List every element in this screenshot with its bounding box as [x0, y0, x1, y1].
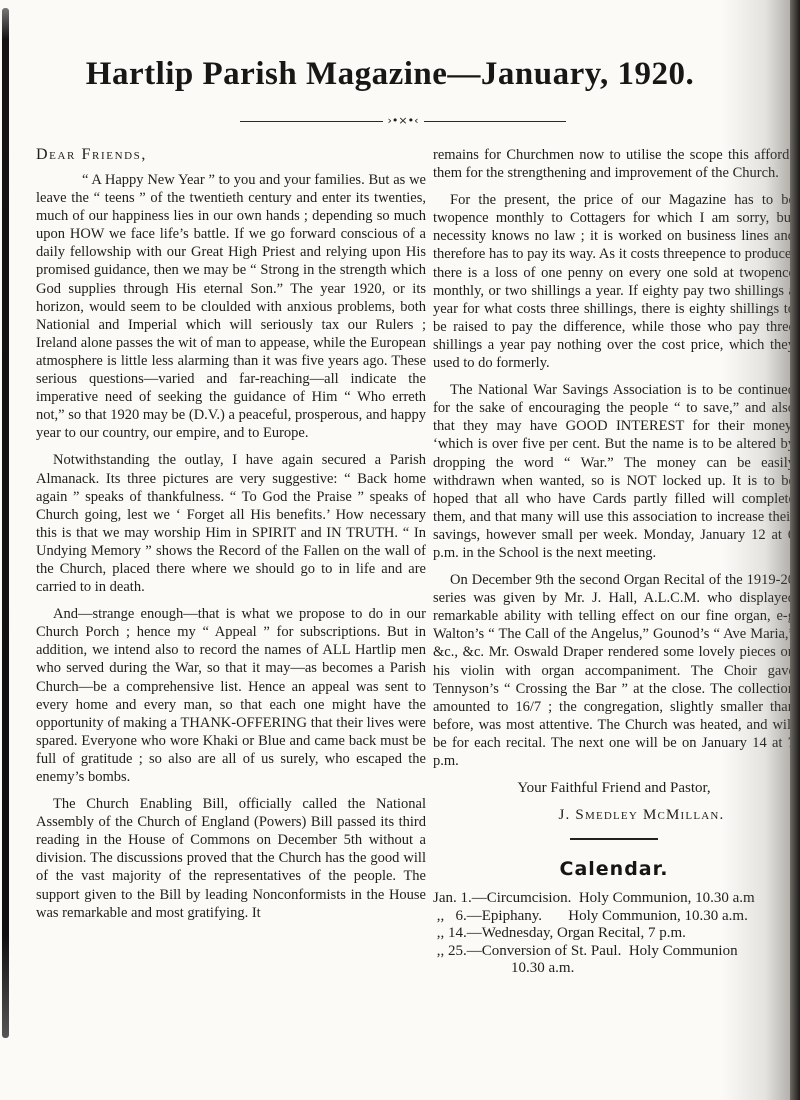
paragraph: remains for Churchmen now to utilise the… — [433, 146, 795, 182]
magazine-page: Hartlip Parish Magazine—January, 1920. ›… — [0, 0, 800, 1100]
calendar-entry: ,, 6.—Epiphany. Holy Communion, 10.30 a.… — [433, 908, 795, 926]
paragraph: Notwithstanding the outlay, I have again… — [36, 451, 426, 596]
scan-right-edge — [790, 0, 800, 1100]
scan-left-edge — [2, 8, 9, 1038]
paragraph: The Church Enabling Bill, officially cal… — [36, 795, 426, 922]
column-left: Dear Friends, “ A Happy New Year ” to yo… — [36, 146, 426, 931]
calendar-heading: Calendar. — [433, 858, 795, 880]
title-divider: ›•×•‹ — [240, 116, 566, 126]
signature: J. Smedley McMillan. — [488, 807, 795, 838]
calendar-entry: Jan. 1.—Circumcision. Holy Communion, 10… — [433, 890, 795, 908]
calendar-entry: ,, 25.—Conversion of St. Paul. Holy Comm… — [433, 943, 795, 961]
section-rule — [570, 838, 658, 840]
paragraph: For the present, the price of our Magazi… — [433, 191, 795, 372]
calendar-entry: ,, 14.—Wednesday, Organ Recital, 7 p.m. — [433, 925, 795, 943]
paragraph: “ A Happy New Year ” to you and your fam… — [36, 171, 426, 442]
paragraph: And—strange enough—that is what we propo… — [36, 605, 426, 786]
paragraph: On December 9th the second Organ Recital… — [433, 571, 795, 770]
divider-line — [240, 121, 383, 122]
page-title: Hartlip Parish Magazine—January, 1920. — [0, 56, 780, 93]
paragraph: The National War Savings Association is … — [433, 381, 795, 562]
column-right: remains for Churchmen now to utilise the… — [433, 146, 795, 978]
divider-line — [424, 121, 567, 122]
divider-ornament-icon: ›•×•‹ — [383, 116, 424, 126]
calendar-entry-continuation: 10.30 a.m. — [433, 960, 795, 978]
valediction: Your Faithful Friend and Pastor, — [433, 780, 795, 797]
salutation: Dear Friends, — [36, 146, 426, 164]
